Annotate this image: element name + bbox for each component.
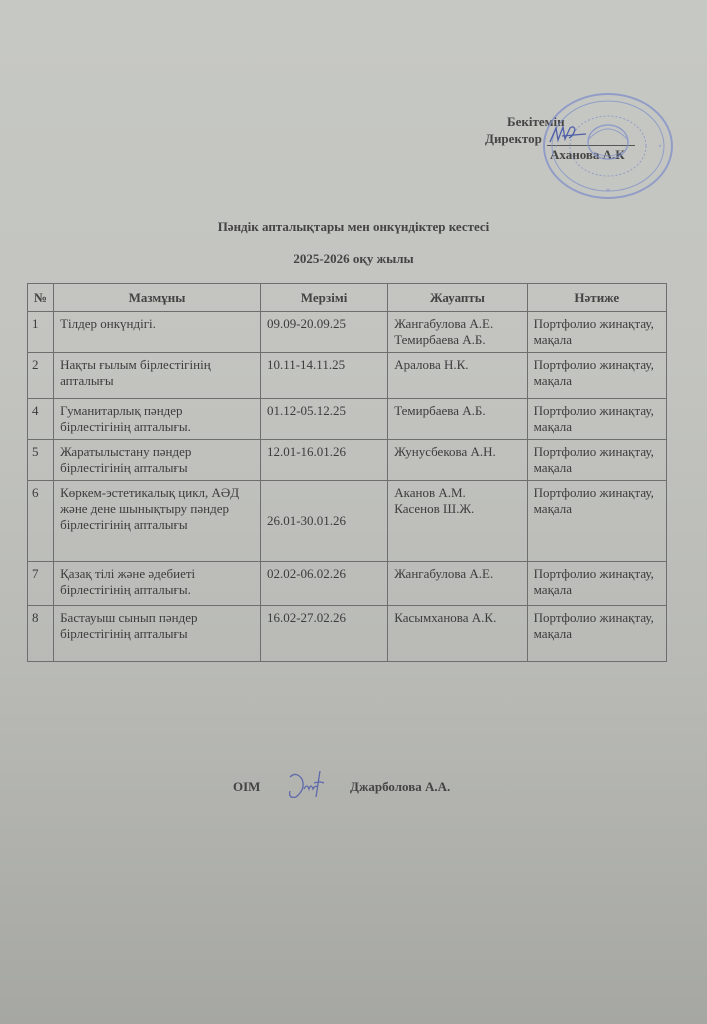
row-result: Портфолио жинақтау, мақала [527,481,666,562]
official-stamp-icon [536,92,674,200]
row-number: 6 [28,481,54,562]
row-content: Қазақ тілі және әдебиеті бірлестігінің а… [54,562,261,606]
row-content: Көркем-эстетикалық цикл, АӘД және дене ш… [54,481,261,562]
row-content: Нақты ғылым бірлестігінің апталығы [54,353,261,399]
table-row: 2Нақты ғылым бірлестігінің апталығы10.11… [28,353,667,399]
header-result: Нәтиже [527,284,666,312]
footer-name: Джарболова А.А. [350,779,450,795]
row-number: 8 [28,606,54,662]
row-dates: 12.01-16.01.26 [260,440,387,481]
row-result: Портфолио жинақтау, мақала [527,353,666,399]
table-row: 4Гуманитарлық пәндер бірлестігінің аптал… [28,399,667,440]
header-number: № [28,284,54,312]
row-dates: 10.11-14.11.25 [260,353,387,399]
row-result: Портфолио жинақтау, мақала [527,606,666,662]
responsible-person: Касенов Ш.Ж. [394,501,520,517]
row-content: Жаратылыстану пәндер бірлестігінің аптал… [54,440,261,481]
table-row: 8Бастауыш сынып пәндер бірлестігінің апт… [28,606,667,662]
table-row: 1Тілдер онкүндігі.09.09-20.09.25Жангабул… [28,312,667,353]
director-position: Директор [485,130,542,147]
table-row: 6Көркем-эстетикалық цикл, АӘД және дене … [28,481,667,562]
row-content: Гуманитарлық пәндер бірлестігінің апталы… [54,399,261,440]
row-responsible: Жунусбекова А.Н. [388,440,527,481]
row-responsible: Жангабулова А.Е. [388,562,527,606]
oim-signature-icon [284,767,329,801]
responsible-person: Аканов А.М. [394,485,520,501]
row-responsible: Аралова Н.К. [388,353,527,399]
row-responsible: Аканов А.М.Касенов Ш.Ж. [388,481,527,562]
responsible-person: Темирбаева А.Б. [394,332,520,348]
row-dates: 02.02-06.02.26 [260,562,387,606]
row-dates: 26.01-30.01.26 [260,481,387,562]
table-row: 5Жаратылыстану пәндер бірлестігінің апта… [28,440,667,481]
row-result: Портфолио жинақтау, мақала [527,440,666,481]
header-responsible: Жауапты [388,284,527,312]
row-responsible: Касымханова А.К. [388,606,527,662]
academic-year: 2025-2026 оқу жылы [0,251,707,267]
row-number: 1 [28,312,54,353]
responsible-person: Темирбаева А.Б. [394,403,520,419]
row-responsible: Жангабулова А.Е.Темирбаева А.Б. [388,312,527,353]
responsible-person: Жангабулова А.Е. [394,566,520,582]
row-dates: 16.02-27.02.26 [260,606,387,662]
row-content: Бастауыш сынып пәндер бірлестігінің апта… [54,606,261,662]
director-signature-icon [548,124,588,144]
document-title: Пәндік апталықтары мен онкүндіктер кесте… [0,219,707,235]
row-number: 5 [28,440,54,481]
row-dates: 01.12-05.12.25 [260,399,387,440]
row-result: Портфолио жинақтау, мақала [527,312,666,353]
row-dates: 09.09-20.09.25 [260,312,387,353]
row-number: 2 [28,353,54,399]
footer-role: ОІМ [233,779,260,795]
responsible-person: Касымханова А.К. [394,610,520,626]
responsible-person: Жунусбекова А.Н. [394,444,520,460]
schedule-table: № Мазмұны Мерзімі Жауапты Нәтиже 1Тілдер… [27,283,667,662]
row-content: Тілдер онкүндігі. [54,312,261,353]
table-header-row: № Мазмұны Мерзімі Жауапты Нәтиже [28,284,667,312]
row-result: Портфолио жинақтау, мақала [527,562,666,606]
responsible-person: Аралова Н.К. [394,357,520,373]
row-responsible: Темирбаева А.Б. [388,399,527,440]
row-number: 7 [28,562,54,606]
row-number: 4 [28,399,54,440]
responsible-person: Жангабулова А.Е. [394,316,520,332]
table-row: 7Қазақ тілі және әдебиеті бірлестігінің … [28,562,667,606]
header-dates: Мерзімі [260,284,387,312]
header-content: Мазмұны [54,284,261,312]
row-result: Портфолио жинақтау, мақала [527,399,666,440]
